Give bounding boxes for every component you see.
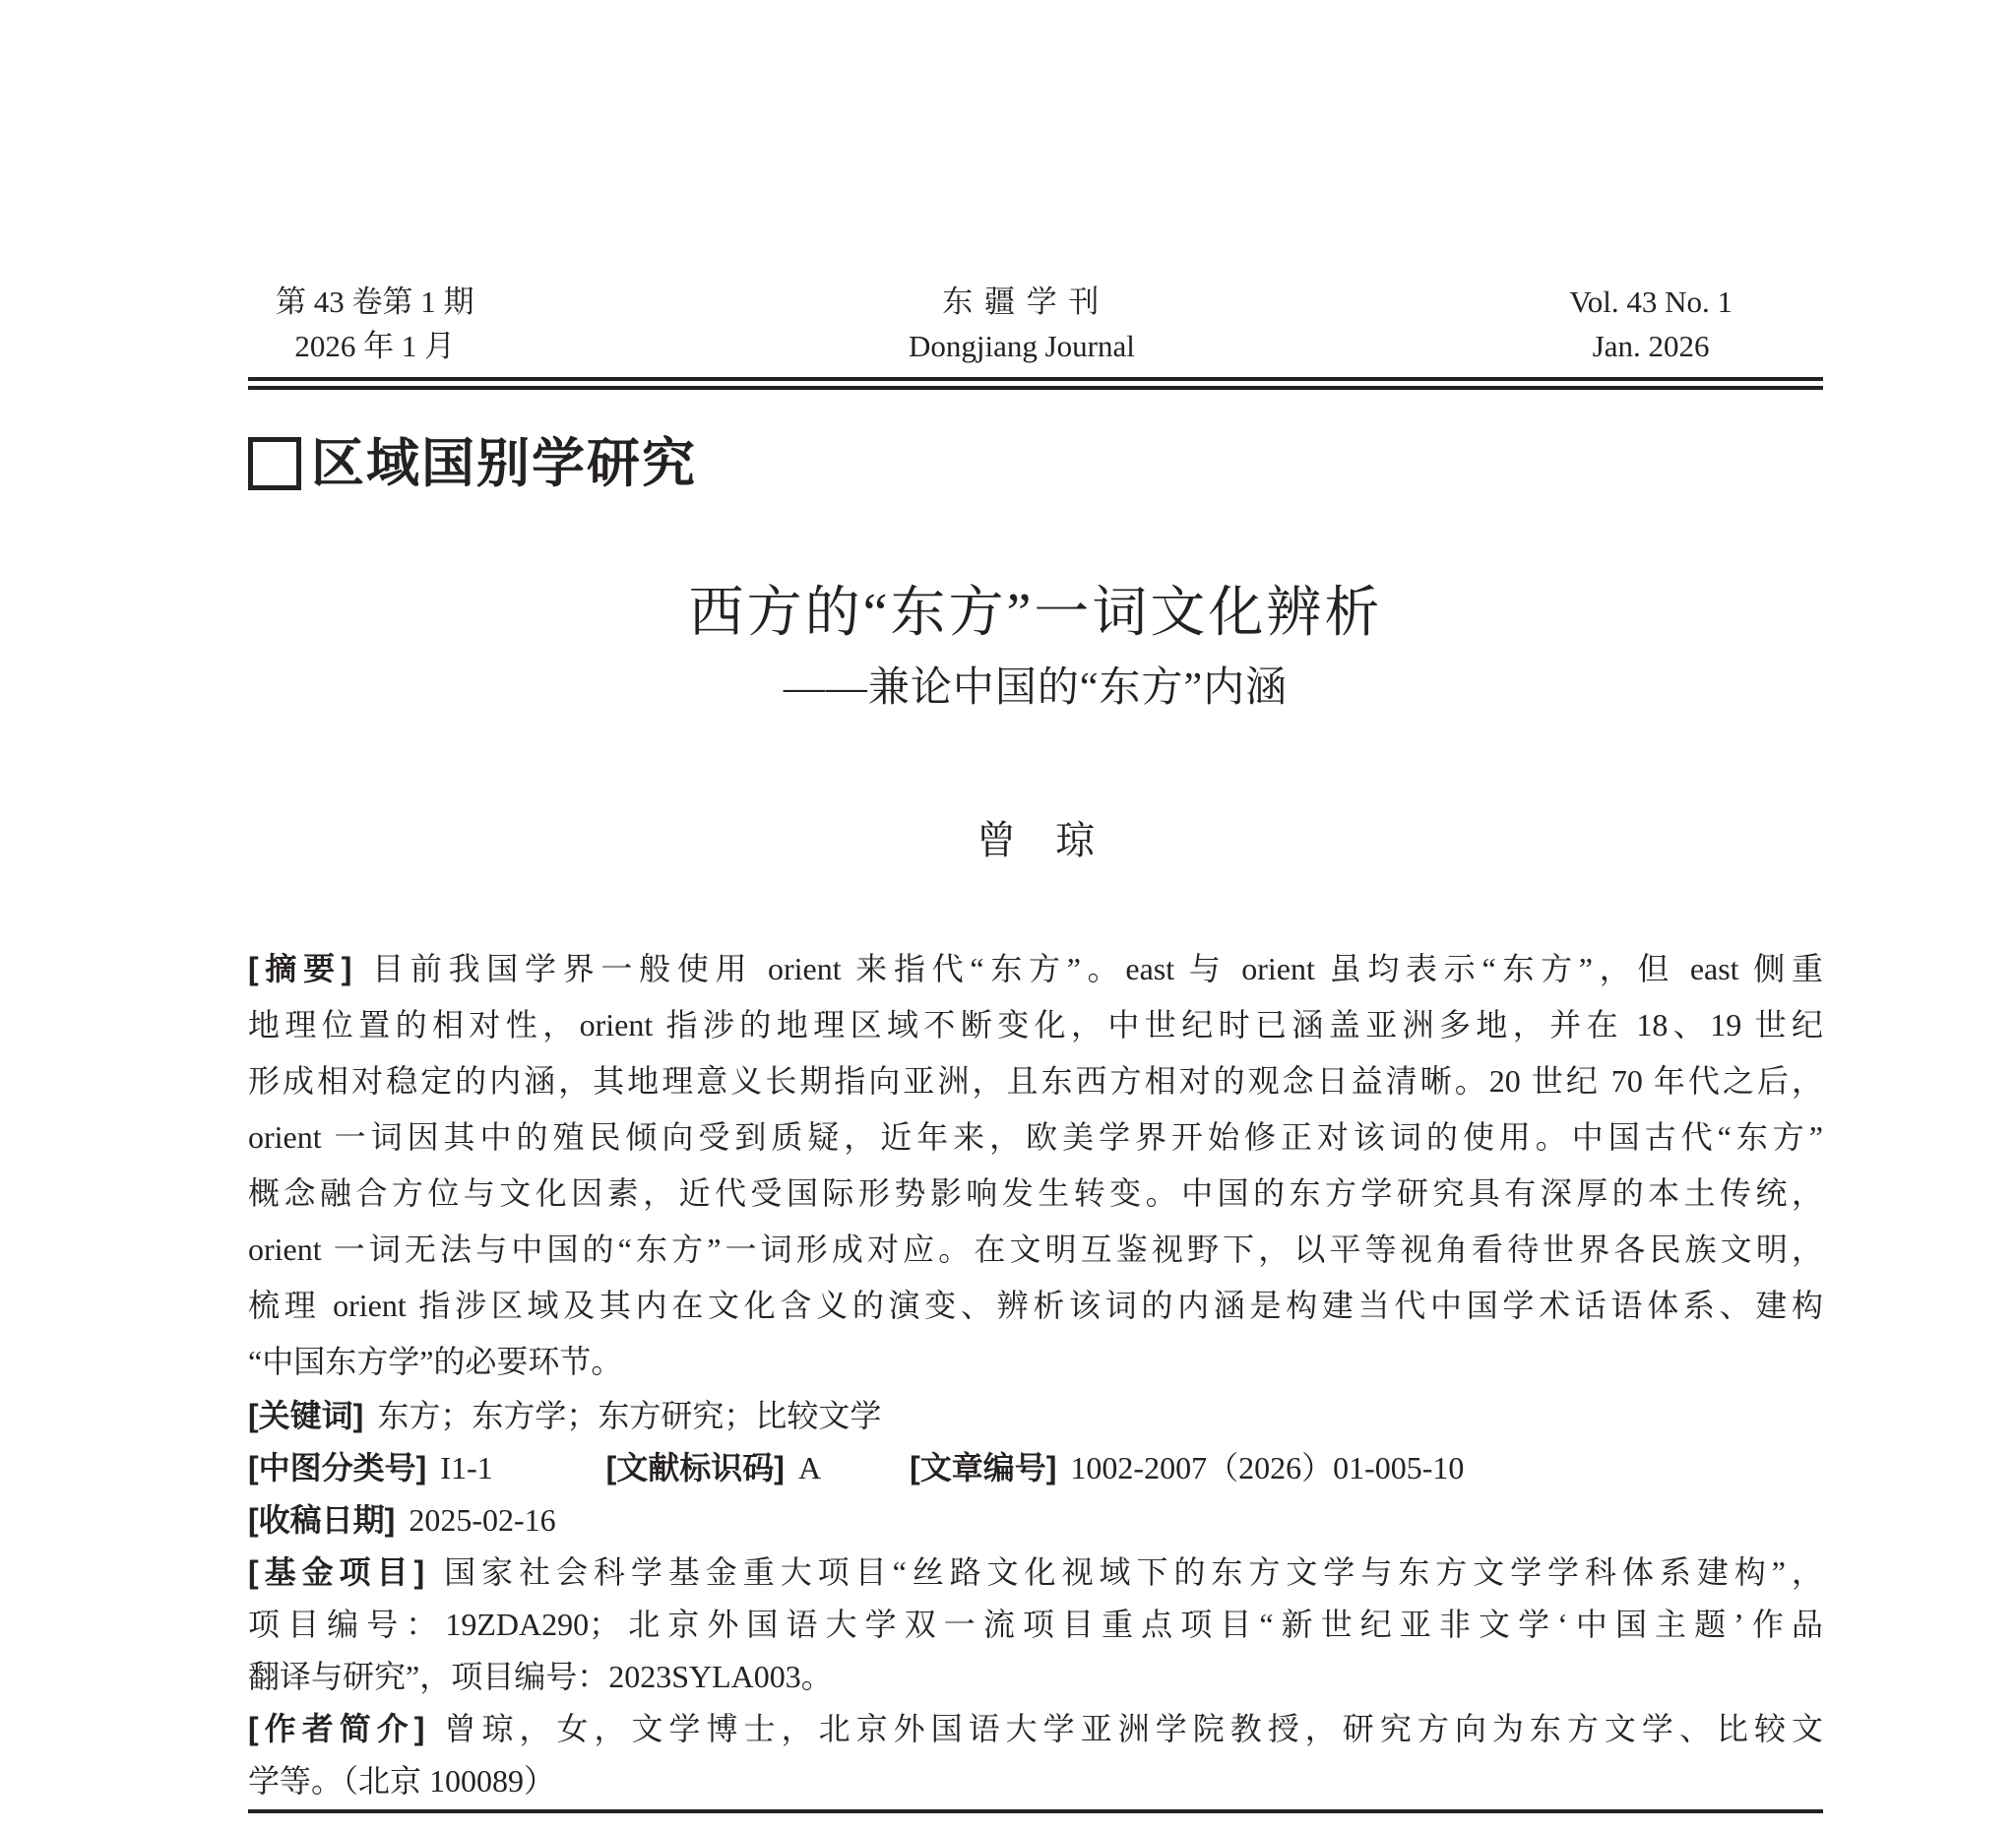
abstract-label: [摘要] xyxy=(248,951,351,986)
issue-volume-cn: 第 43 卷第 1 期 xyxy=(276,280,474,324)
received-date-line: [收稿日期]2025-02-16 xyxy=(248,1494,1823,1547)
article-author: 曾 琼 xyxy=(248,815,1823,866)
journal-name-cn: 东 疆 学 刊 xyxy=(909,280,1135,324)
journal-name-en: Dongjiang Journal xyxy=(909,324,1135,368)
date-en: Jan. 2026 xyxy=(1569,324,1732,368)
abstract-line: 概念融合方位与文化因素，近代受国际形势影响发生转变。中国的东方学研究具有深厚的本… xyxy=(248,1166,1823,1222)
author-bio-line: [作者简介]曾琼，女，文学博士，北京外国语大学亚洲学院教授，研究方向为东方文学、… xyxy=(248,1703,1823,1755)
keywords-text: 东方；东方学；东方研究；比较文学 xyxy=(377,1398,881,1433)
article-subtitle: ——兼论中国的“东方”内涵 xyxy=(248,662,1823,715)
article-id-value: 1002-2007（2026）01-005-10 xyxy=(1070,1450,1464,1485)
author-bio-label: [作者简介] xyxy=(248,1711,424,1746)
received-value: 2025-02-16 xyxy=(409,1502,555,1538)
classification-line: [中图分类号]I1-1[文献标识码]A[文章编号]1002-2007（2026）… xyxy=(248,1442,1823,1494)
author-bio-line: 学等。（北京 100089） xyxy=(248,1755,1823,1807)
header-double-rule xyxy=(248,377,1823,390)
journal-page: 第 43 卷第 1 期 2026 年 1 月 东 疆 学 刊 Dongjiang… xyxy=(0,0,2016,1832)
clc-label: [中图分类号] xyxy=(248,1450,426,1485)
fund-label: [基金项目] xyxy=(248,1554,424,1590)
abstract-line: 梳理 orient 指涉区域及其内在文化含义的演变、辨析该词的内涵是构建当代中国… xyxy=(248,1278,1823,1334)
fund-text: 国家社会科学基金重大项目“丝路文化视域下的东方文学与东方文学学科体系建构”， xyxy=(438,1554,1823,1590)
abstract-line: orient 一词无法与中国的“东方”一词形成对应。在文明互鉴视野下，以平等视角… xyxy=(248,1222,1823,1278)
abstract-line: “中国东方学”的必要环节。 xyxy=(248,1334,1823,1390)
doc-code-value: A xyxy=(798,1450,821,1485)
abstract-line: orient 一词因其中的殖民倾向受到质疑，近年来，欧美学界开始修正对该词的使用… xyxy=(248,1109,1823,1166)
volume-en: Vol. 43 No. 1 xyxy=(1569,280,1732,324)
article-id-label: [文章编号] xyxy=(910,1450,1056,1485)
section-title: 区域国别学研究 xyxy=(311,433,697,494)
page-content: 第 43 卷第 1 期 2026 年 1 月 东 疆 学 刊 Dongjiang… xyxy=(248,0,1823,1813)
header-vol-block: Vol. 43 No. 1 Jan. 2026 xyxy=(1569,280,1823,368)
author-bio-text: 曾琼，女，文学博士，北京外国语大学亚洲学院教授，研究方向为东方文学、比较文 xyxy=(438,1711,1823,1746)
keywords-label: [关键词] xyxy=(248,1398,363,1433)
footer-rule xyxy=(248,1809,1823,1813)
fund-line: 项目编号：19ZDA290；北京外国语大学双一流项目重点项目“新世纪亚非文学‘中… xyxy=(248,1599,1823,1651)
abstract-text: 目前我国学界一般使用 orient 来指代“东方”。east 与 orient … xyxy=(365,951,1823,986)
square-outline-icon xyxy=(248,437,301,490)
keywords-line: [关键词]东方；东方学；东方研究；比较文学 xyxy=(248,1390,1823,1442)
abstract-line: 形成相对稳定的内涵，其地理意义长期指向亚洲，且东西方相对的观念日益清晰。20 世… xyxy=(248,1053,1823,1109)
abstract-block: [摘要]目前我国学界一般使用 orient 来指代“东方”。east 与 ori… xyxy=(248,941,1823,1390)
fund-line: 翻译与研究”，项目编号：2023SYLA003。 xyxy=(248,1651,1823,1703)
article-title: 西方的“东方”一词文化辨析 xyxy=(248,581,1823,646)
doc-code-label: [文献标识码] xyxy=(606,1450,785,1485)
fund-line: [基金项目]国家社会科学基金重大项目“丝路文化视域下的东方文学与东方文学学科体系… xyxy=(248,1547,1823,1599)
section-heading: 区域国别学研究 xyxy=(248,433,1823,494)
header-journal-block: 东 疆 学 刊 Dongjiang Journal xyxy=(909,280,1135,368)
issue-date-cn: 2026 年 1 月 xyxy=(276,324,474,368)
abstract-line: [摘要]目前我国学界一般使用 orient 来指代“东方”。east 与 ori… xyxy=(248,941,1823,997)
header-issue-block: 第 43 卷第 1 期 2026 年 1 月 xyxy=(248,280,474,368)
clc-value: I1-1 xyxy=(440,1450,492,1485)
received-label: [收稿日期] xyxy=(248,1502,395,1538)
journal-header: 第 43 卷第 1 期 2026 年 1 月 东 疆 学 刊 Dongjiang… xyxy=(248,0,1823,368)
abstract-line: 地理位置的相对性，orient 指涉的地理区域不断变化，中世纪时已涵盖亚洲多地，… xyxy=(248,997,1823,1053)
